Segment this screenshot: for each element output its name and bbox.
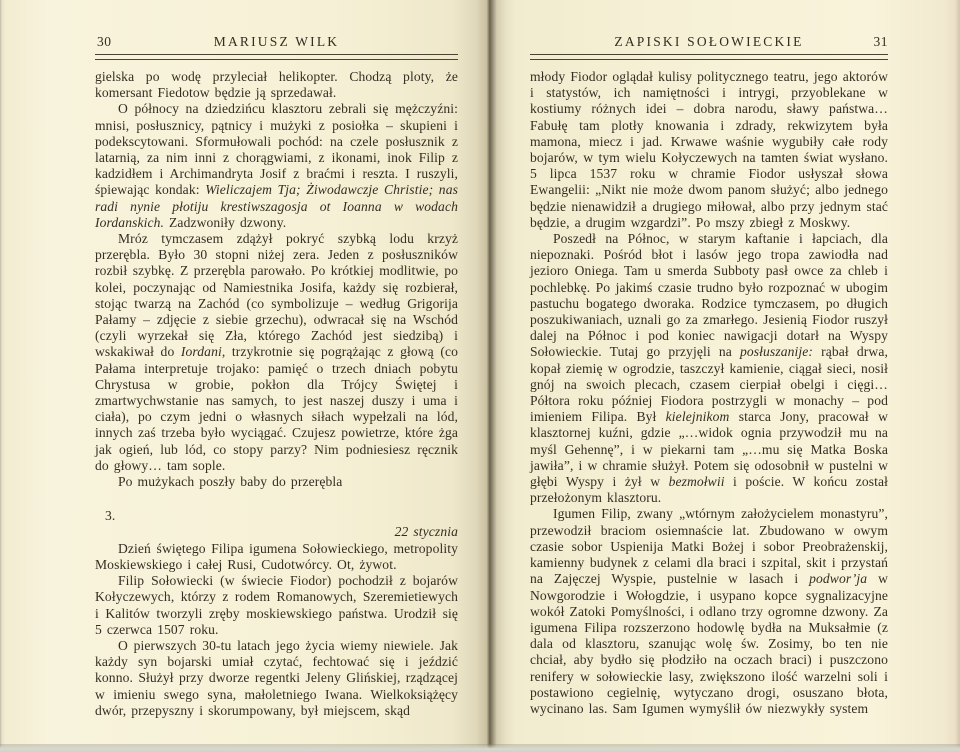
left-page-number: 30 — [97, 34, 112, 50]
right-header-title: ZAPISKI SOŁOWIECKIE — [530, 34, 888, 50]
paragraph: Poszedł na Północ, w starym kaftanie i ł… — [530, 231, 888, 506]
text-run: gielska po wodę przyleciał helikopter. C… — [95, 69, 458, 100]
page-body-right: młody Fiodor oglądał kulisy politycznego… — [530, 69, 888, 717]
paragraph: Dzień świętego Filipa igumena Sołowiecki… — [95, 541, 458, 573]
paragraph: Mróz tymczasem zdążył pokryć szybką lodu… — [95, 231, 458, 474]
left-running-head: 30 MARIUSZ WILK — [95, 34, 458, 51]
left-header-title: MARIUSZ WILK — [95, 34, 458, 50]
text-run: młody Fiodor oglądał kulisy politycznego… — [530, 69, 888, 230]
paragraph: Igumen Filip, zwany „wtórnym założyciele… — [530, 506, 888, 717]
text-run: , trzykrotnie się pogrążając z głową (co… — [95, 344, 458, 472]
paragraph: O północy na dziedzińcu klasztoru zebral… — [95, 101, 458, 231]
paragraph: O pierwszych 30-tu latach jego życia wie… — [95, 638, 458, 719]
text-run: Zadzwoniły dzwony. — [164, 215, 286, 230]
date-line: 22 stycznia — [95, 524, 458, 540]
paragraph: Po mużykach poszły baby do przerębla — [95, 474, 458, 490]
text-run: Mróz tymczasem zdążył pokryć szybką lodu… — [95, 231, 458, 359]
right-page-number: 31 — [874, 34, 889, 50]
right-page: ZAPISKI SOŁOWIECKIE 31 młody Fiodor oglą… — [480, 0, 960, 752]
book-spread: 30 MARIUSZ WILK gielska po wodę przyleci… — [0, 0, 960, 752]
page-body-left: gielska po wodę przyleciał helikopter. C… — [95, 69, 458, 719]
section-number: 3. — [95, 508, 458, 524]
italic-phrase: Iordani — [181, 344, 222, 359]
right-header-rule — [530, 54, 888, 60]
left-header-rule — [95, 54, 458, 60]
italic-phrase: podwor’ja — [809, 571, 867, 586]
paragraph: młody Fiodor oglądał kulisy politycznego… — [530, 69, 888, 231]
italic-phrase: bezmołwii — [669, 474, 725, 489]
text-run: w Nowgorodzie i Wołogdzie, i usypano kop… — [530, 571, 888, 716]
left-page: 30 MARIUSZ WILK gielska po wodę przyleci… — [0, 0, 480, 752]
text-run: Po mużykach poszły baby do przerębla — [118, 474, 342, 489]
paragraph: Filip Sołowiecki (w świecie Fiodor) poch… — [95, 573, 458, 638]
italic-phrase: kielejnikom — [666, 409, 730, 424]
right-running-head: ZAPISKI SOŁOWIECKIE 31 — [530, 34, 888, 51]
text-run: Filip Sołowiecki (w świecie Fiodor) poch… — [95, 573, 458, 637]
text-run: Dzień świętego Filipa igumena Sołowiecki… — [95, 541, 458, 572]
italic-phrase: posłuszanije: — [740, 344, 813, 359]
text-run: O pierwszych 30-tu latach jego życia wie… — [95, 638, 458, 718]
text-run: Poszedł na Północ, w starym kaftanie i ł… — [530, 231, 888, 359]
paragraph: gielska po wodę przyleciał helikopter. C… — [95, 69, 458, 101]
